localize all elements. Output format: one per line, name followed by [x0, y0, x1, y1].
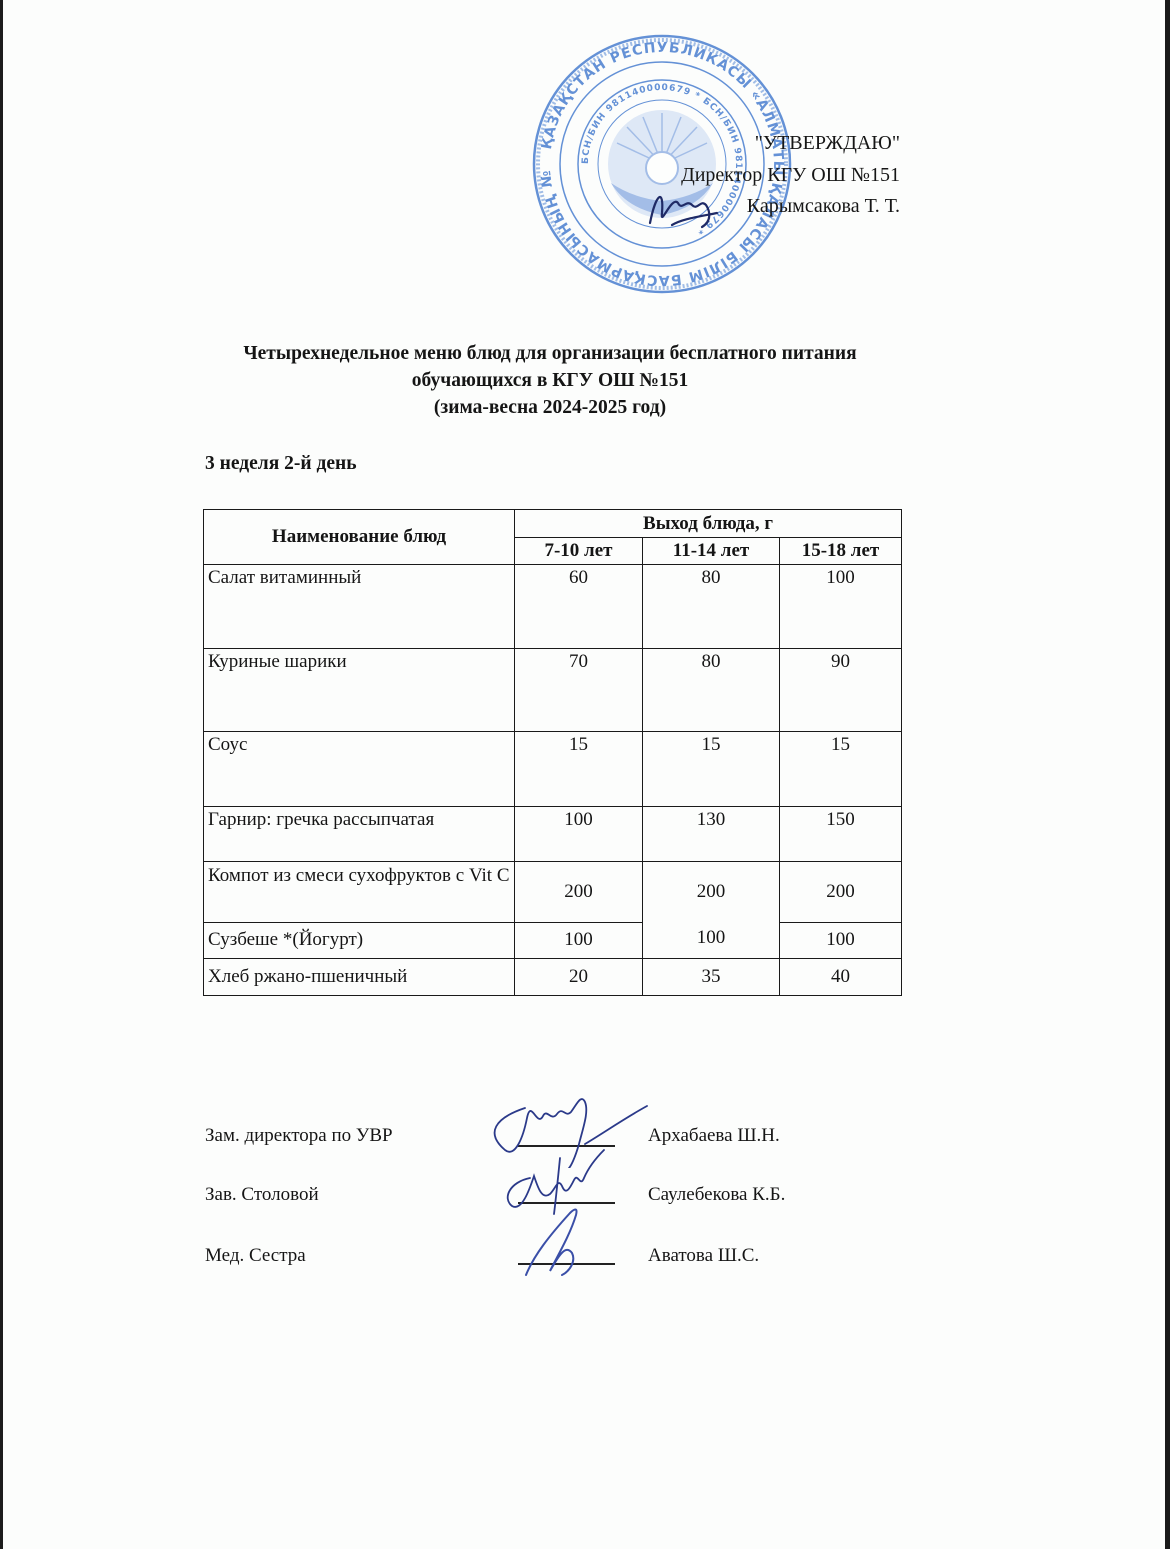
yield-value: 15: [643, 732, 780, 807]
yield-value: 60: [515, 565, 643, 649]
dish-name: Сузбеше *(Йогурт): [204, 922, 515, 958]
table-header-row: Наименование блюд Выход блюда, г: [204, 510, 902, 538]
table-row: Куриные шарики 70 80 90: [204, 649, 902, 732]
signature-name: Саулебекова К.Б.: [648, 1184, 785, 1206]
dish-name: Куриные шарики: [204, 649, 515, 732]
page-edge-right: [1165, 0, 1170, 1549]
menu-table: Наименование блюд Выход блюда, г 7-10 ле…: [203, 509, 902, 996]
table-row: Компот из смеси сухофруктов с Vit C 200 …: [204, 862, 902, 923]
signature-scribble-icon: [520, 1205, 610, 1280]
yield-value: 200: [515, 862, 643, 923]
yield-value: 70: [515, 649, 643, 732]
week-day-label: 3 неделя 2-й день: [205, 453, 357, 475]
signature-role: Зам. директора по УВР: [205, 1125, 393, 1147]
yield-value: 200: [780, 862, 902, 923]
title-line-3: (зима-весна 2024-2025 год): [190, 394, 910, 421]
title-line-1: Четырехнедельное меню блюд для организац…: [190, 340, 910, 367]
yield-value: 35: [643, 959, 780, 996]
signature-role: Мед. Сестра: [205, 1245, 306, 1267]
title-line-2: обучающихся в КГУ ОШ №151: [190, 367, 910, 394]
yield-value: 15: [515, 732, 643, 807]
dish-name: Хлеб ржано-пшеничный: [204, 959, 515, 996]
yield-value: 20: [515, 959, 643, 996]
yield-value: 100: [643, 922, 779, 958]
signature-name: Архабаева Ш.Н.: [648, 1125, 780, 1147]
yield-value: 90: [780, 649, 902, 732]
yield-value: 40: [780, 959, 902, 996]
yield-value: 80: [643, 565, 780, 649]
yield-value: 15: [780, 732, 902, 807]
table-row: Соус 15 15 15: [204, 732, 902, 807]
yield-value: 130: [643, 807, 780, 862]
table-row: Гарнир: гречка рассыпчатая 100 130 150: [204, 807, 902, 862]
yield-value-merged: 200 100: [643, 862, 780, 959]
yield-value: 80: [643, 649, 780, 732]
director-signature-icon: [642, 183, 722, 233]
yield-value: 100: [780, 565, 902, 649]
signature-name: Аватова Ш.С.: [648, 1245, 759, 1267]
document-title: Четырехнедельное меню блюд для организац…: [190, 340, 910, 421]
signature-role: Зав. Столовой: [205, 1184, 319, 1206]
yield-value: 200: [643, 862, 779, 922]
yield-value: 150: [780, 807, 902, 862]
dish-name: Салат витаминный: [204, 565, 515, 649]
yield-value: 100: [515, 807, 643, 862]
page-edge-left: [0, 0, 3, 1549]
header-age-group: 15-18 лет: [780, 538, 902, 565]
table-row: Салат витаминный 60 80 100: [204, 565, 902, 649]
table-row: Сузбеше *(Йогурт) 100 100: [204, 922, 902, 958]
table-row: Хлеб ржано-пшеничный 20 35 40: [204, 959, 902, 996]
header-age-group: 7-10 лет: [515, 538, 643, 565]
yield-value: 100: [780, 922, 902, 958]
dish-name: Соус: [204, 732, 515, 807]
header-dish-name: Наименование блюд: [204, 510, 515, 565]
header-age-group: 11-14 лет: [643, 538, 780, 565]
dish-name: Компот из смеси сухофруктов с Vit C: [204, 862, 515, 923]
header-yield: Выход блюда, г: [515, 510, 902, 538]
dish-name: Гарнир: гречка рассыпчатая: [204, 807, 515, 862]
approval-director-name: Карымсакова Т. Т.: [747, 191, 900, 221]
approval-heading: "УТВЕРЖДАЮ": [755, 128, 900, 158]
yield-value: 100: [515, 922, 643, 958]
